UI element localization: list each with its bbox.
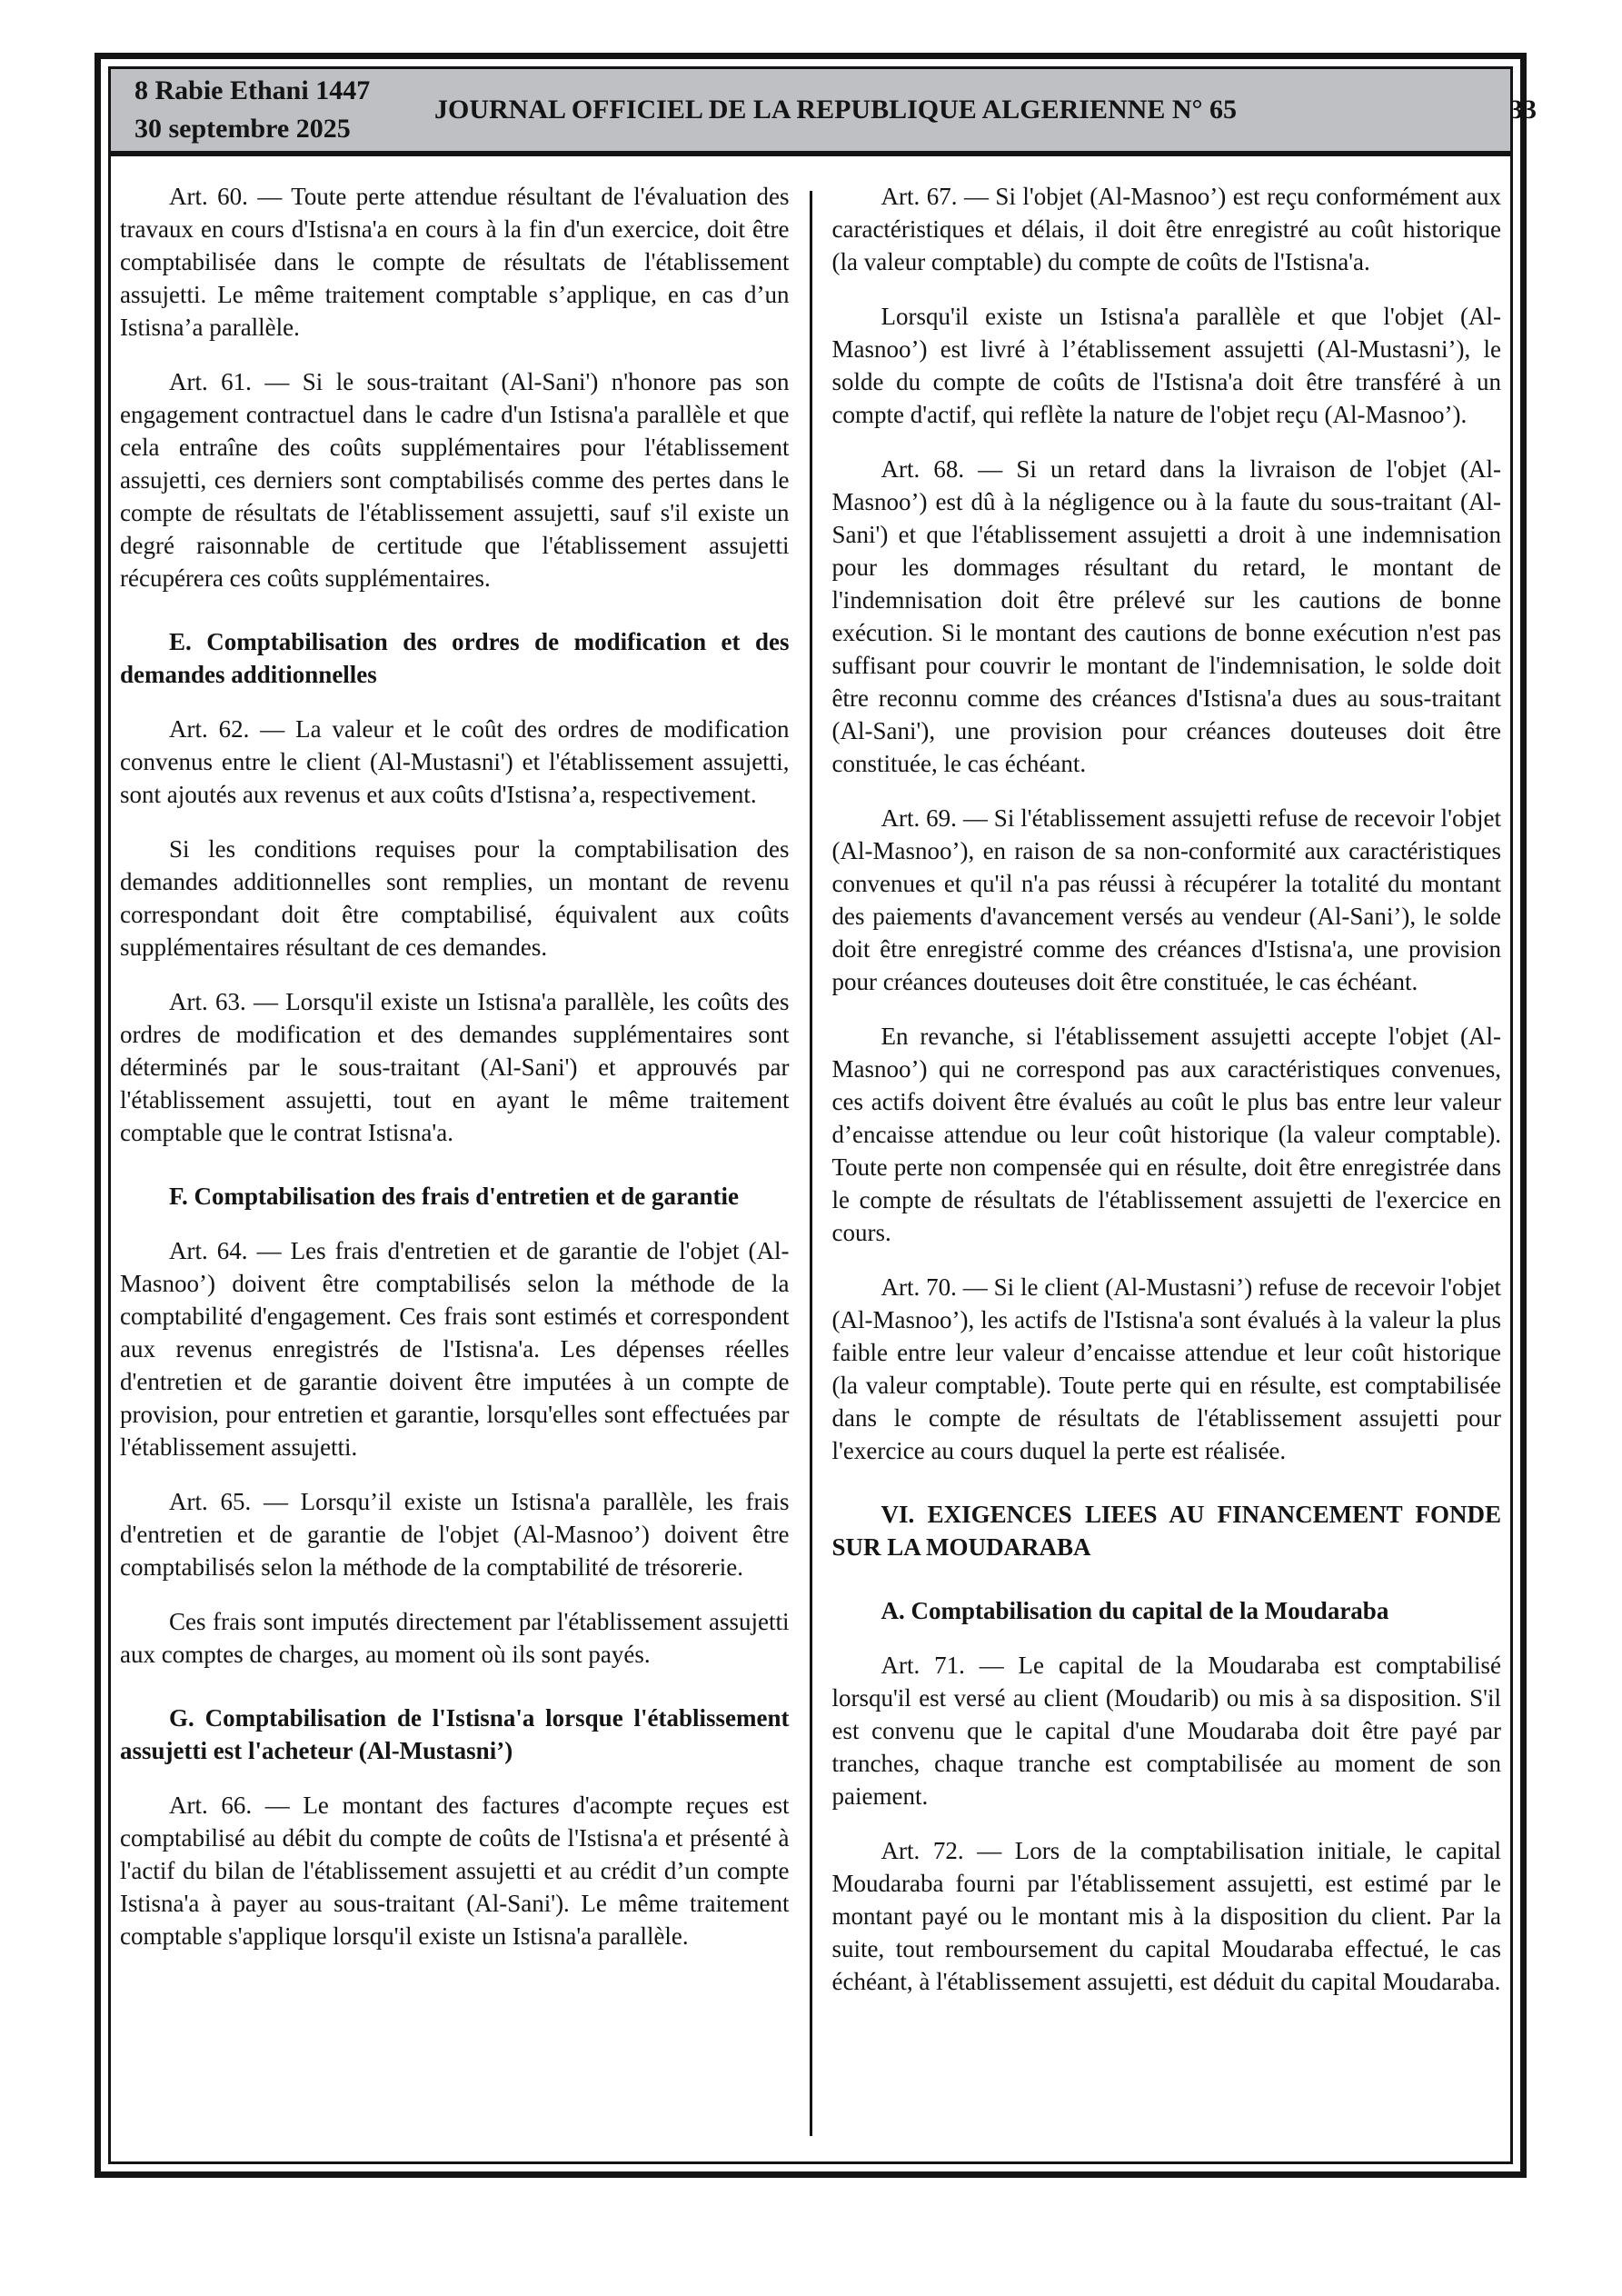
gregorian-date: 30 septembre 2025: [134, 110, 434, 148]
header-dates: 8 Rabie Ethani 1447 30 septembre 2025: [134, 72, 434, 148]
section-heading-e: E. Comptabilisation des ordres de modifi…: [120, 625, 790, 691]
journal-title: JOURNAL OFFICIEL DE LA REPUBLIQUE ALGERI…: [434, 95, 1237, 125]
column-left: Art. 60. — Toute perte attendue résultan…: [120, 180, 810, 2161]
art-62-paragraph: Art. 62. — La valeur et le coût des ordr…: [120, 713, 790, 811]
art-68-paragraph: Art. 68. — Si un retard dans la livraiso…: [832, 453, 1502, 780]
page-inner-frame: 8 Rabie Ethani 1447 30 septembre 2025 JO…: [108, 66, 1513, 2164]
hijri-date: 8 Rabie Ethani 1447: [134, 72, 434, 110]
column-right: Art. 67. — Si l'objet (Al-Masnoo’) est r…: [812, 180, 1502, 2161]
page-outer-frame: 8 Rabie Ethani 1447 30 septembre 2025 JO…: [95, 53, 1527, 2178]
art-70-paragraph: Art. 70. — Si le client (Al-Mustasni’) r…: [832, 1271, 1502, 1467]
en-revanche-paragraph: En revanche, si l'établissement assujett…: [832, 1020, 1502, 1249]
art-72-paragraph: Art. 72. — Lors de la comptabilisation i…: [832, 1834, 1502, 1998]
conditions-paragraph: Si les conditions requises pour la compt…: [120, 833, 790, 963]
art-69-paragraph: Art. 69. — Si l'établissement assujetti …: [832, 802, 1502, 998]
page-header: 8 Rabie Ethani 1447 30 septembre 2025 JO…: [111, 69, 1510, 156]
frais-paragraph: Ces frais sont imputés directement par l…: [120, 1605, 790, 1671]
page-content: Art. 60. — Toute perte attendue résultan…: [111, 156, 1510, 2161]
section-heading-f: F. Comptabilisation des frais d'entretie…: [120, 1180, 790, 1213]
art-60-paragraph: Art. 60. — Toute perte attendue résultan…: [120, 180, 790, 344]
art-71-paragraph: Art. 71. — Le capital de la Moudaraba es…: [832, 1649, 1502, 1812]
section-heading-a: A. Comptabilisation du capital de la Mou…: [832, 1594, 1502, 1627]
art-64-paragraph: Art. 64. — Les frais d'entretien et de g…: [120, 1234, 790, 1463]
art-63-paragraph: Art. 63. — Lorsqu'il existe un Istisna'a…: [120, 985, 790, 1149]
art-66-paragraph: Art. 66. — Le montant des factures d'aco…: [120, 1789, 790, 1952]
section-heading-vi: VI. EXIGENCES LIEES AU FINANCEMENT FONDE…: [832, 1498, 1502, 1563]
section-heading-g: G. Comptabilisation de l'Istisna'a lorsq…: [120, 1702, 790, 1767]
page-number: 33: [1237, 95, 1537, 125]
art-61-paragraph: Art. 61. — Si le sous-traitant (Al-Sani'…: [120, 365, 790, 594]
istisnaa-parallele-paragraph: Lorsqu'il existe un Istisna'a parallèle …: [832, 300, 1502, 431]
art-65-paragraph: Art. 65. — Lorsqu’il existe un Istisna'a…: [120, 1485, 790, 1583]
art-67-paragraph: Art. 67. — Si l'objet (Al-Masnoo’) est r…: [832, 180, 1502, 278]
